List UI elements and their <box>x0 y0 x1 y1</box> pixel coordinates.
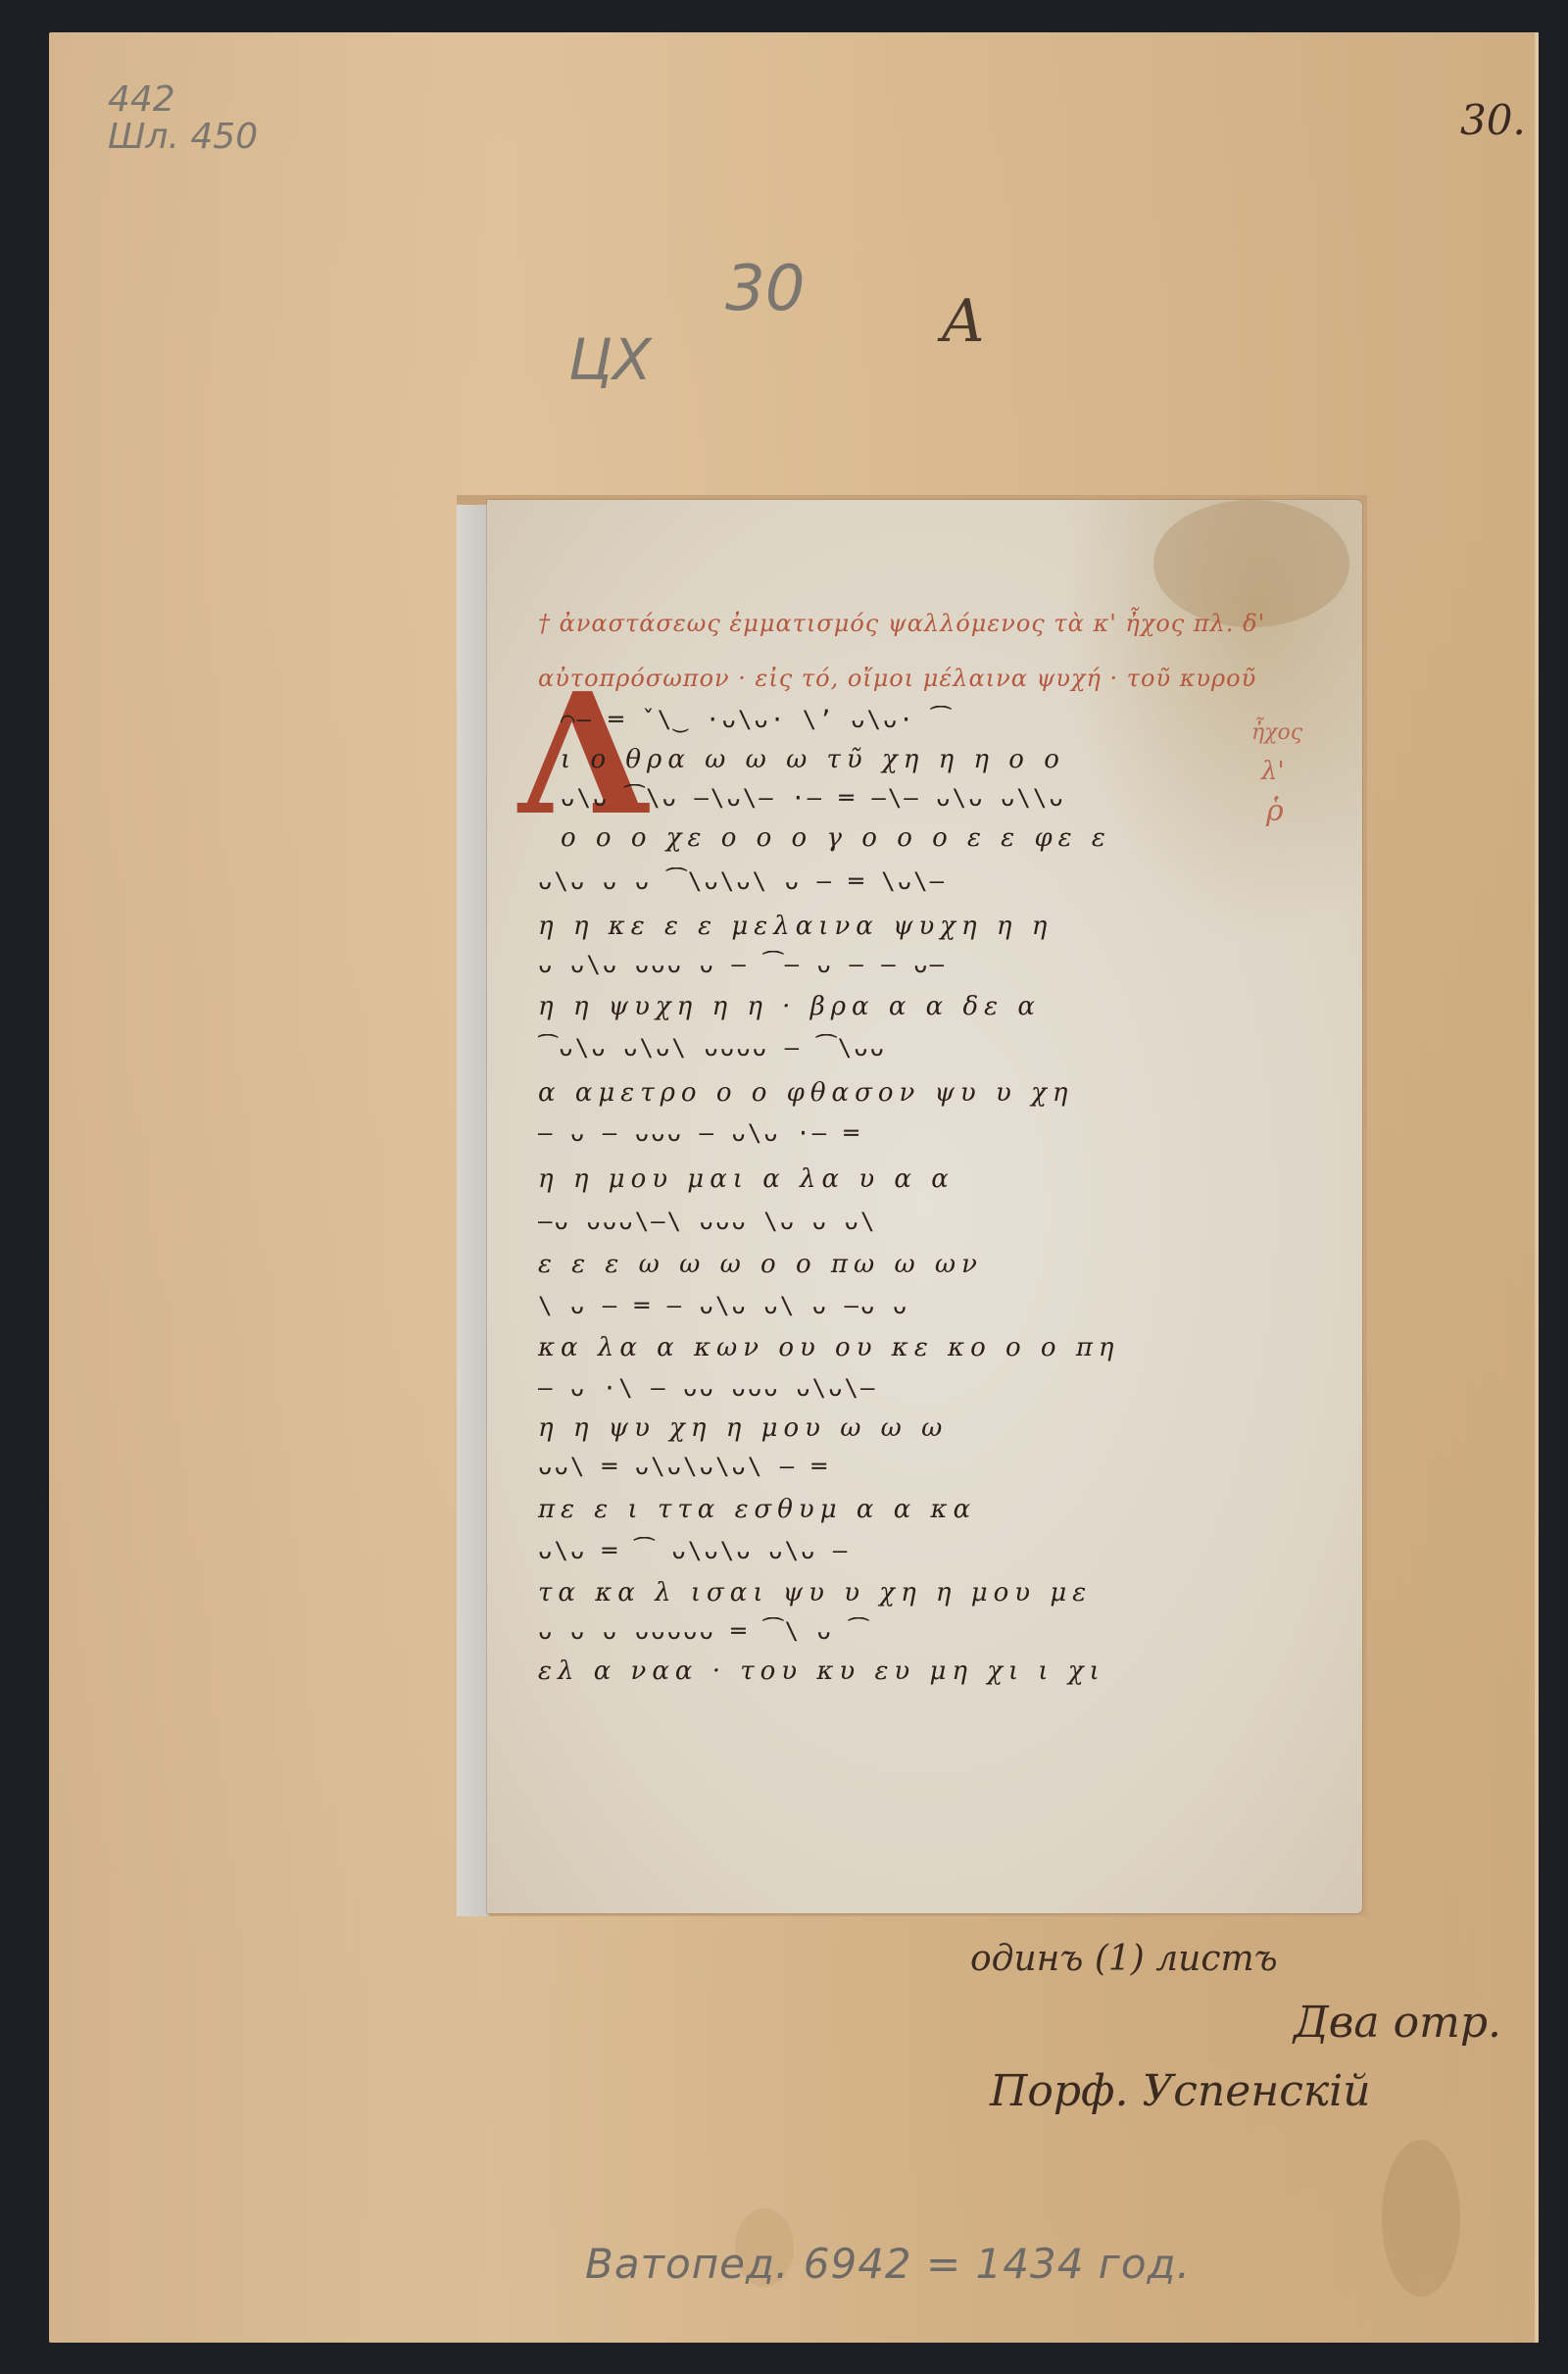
hinge-tape <box>457 505 489 1916</box>
text-line: η η ψυ χη η μου ω ω ω <box>538 1413 1273 1443</box>
neume-line: ᴗᴗ\ ═ ᴗ\ᴗ\ᴗ\ᴗ\ — ═ <box>538 1453 1244 1482</box>
provenance-note: Ватопед. 6942 = 1434 год. <box>585 2240 1191 2288</box>
text-line: η η κε ε ε μελαινα ψυχη η η <box>538 912 1273 941</box>
letter-mark: А <box>941 287 985 356</box>
leaf-count-note: одинъ (1) листъ <box>970 1939 1278 1979</box>
collection-mark: ЦХ <box>568 326 652 393</box>
neume-line: ⌒— ═ ˇ\‿ ·ᴗ\ᴗ· \ʼ ᴗ\ᴗ· ⁀ <box>561 706 1266 735</box>
text-line: ο ο ο χε ο ο ο γ ο ο ο ε ε φε ε <box>561 823 1296 853</box>
text-line: τα κα λ ισαι ψυ υ χη η μου με <box>538 1578 1273 1607</box>
catalog-number-line1: 442 <box>108 81 258 119</box>
neume-line: ᴗ ᴗ ᴗ ᴗᴗᴗᴗᴗ ═ ⁀\ ᴗ ⁀ <box>538 1617 1244 1647</box>
text-line: ι ο θρα ω ω ω τῦ χη η η ο ο <box>561 745 1296 774</box>
catalog-number-line2: Шл. 450 <box>108 119 258 156</box>
text-line: η η ψυχη η η · βρα α α δε α <box>538 992 1273 1021</box>
catalog-number-pencil: 442 Шл. 450 <box>108 81 258 156</box>
text-line: α αμετρο ο ο φθασον ψυ υ χη <box>538 1078 1273 1108</box>
rubric-line-1: † ἀναστάσεως ἐμματισμός ψαλλόμενος τὰ κ'… <box>538 610 1265 637</box>
collector-signature: Порф. Успенскій <box>990 2066 1371 2116</box>
text-line: ελ α ναα · του κυ ευ μη χι ι χι <box>538 1657 1273 1686</box>
card-edge <box>1535 32 1539 2343</box>
fragments-note: Два отр. <box>1294 1998 1501 2048</box>
text-line: κα λα α κων ου ου κε κο ο ο πη <box>538 1333 1273 1362</box>
text-line: ε ε ε ω ω ω ο ο πω ω ων <box>538 1250 1273 1279</box>
neume-line: \ ᴗ — ═ — ᴗ\ᴗ ᴗ\ ᴗ —ᴗ ᴗ <box>538 1292 1244 1321</box>
neume-line: — ᴗ — ᴗᴗᴗ — ᴗ\ᴗ ·— ═ <box>538 1119 1244 1149</box>
neume-line: ᴗ ᴗ\ᴗ ᴗᴗᴗ ᴗ — ⁀— ᴗ — — ᴗ— <box>538 951 1244 980</box>
folio-number: 30. <box>1460 96 1526 144</box>
text-line: η η μου μαι α λα υ α α <box>538 1164 1273 1194</box>
water-stain <box>1153 500 1349 627</box>
neume-line: ᴗ\ᴗ ⁀\ᴗ —\ᴗ\— ·— ═ —\— ᴗ\ᴗ ᴗ\\ᴗ <box>561 784 1266 814</box>
neume-line: —ᴗ ᴗᴗᴗ\—\ ᴗᴗᴗ \ᴗ ᴗ ᴗ\ <box>538 1208 1244 1237</box>
neume-line: ⁀ᴗ\ᴗ ᴗ\ᴗ\ ᴗᴗᴗᴗ — ⁀\ᴗᴗ <box>538 1034 1244 1063</box>
collection-number: 30 <box>725 253 805 325</box>
neume-line: — ᴗ ·\ — ᴗᴗ ᴗᴗᴗ ᴗ\ᴗ\— <box>538 1374 1244 1404</box>
neume-line: ᴗ\ᴗ ═ ⁀ ᴗ\ᴗ\ᴗ ᴗ\ᴗ — <box>538 1537 1244 1566</box>
neume-line: ᴗ\ᴗ ᴗ ᴗ ⁀\ᴗ\ᴗ\ ᴗ — ═ \ᴗ\— <box>538 867 1244 897</box>
stain <box>1382 2140 1460 2297</box>
manuscript-leaf: † ἀναστάσεως ἐμματισμός ψαλλόμενος τὰ κ'… <box>487 500 1362 1913</box>
decorated-initial: Λ <box>518 681 558 833</box>
text-line: πε ε ι ττα εσθυμ α α κα <box>538 1495 1273 1524</box>
